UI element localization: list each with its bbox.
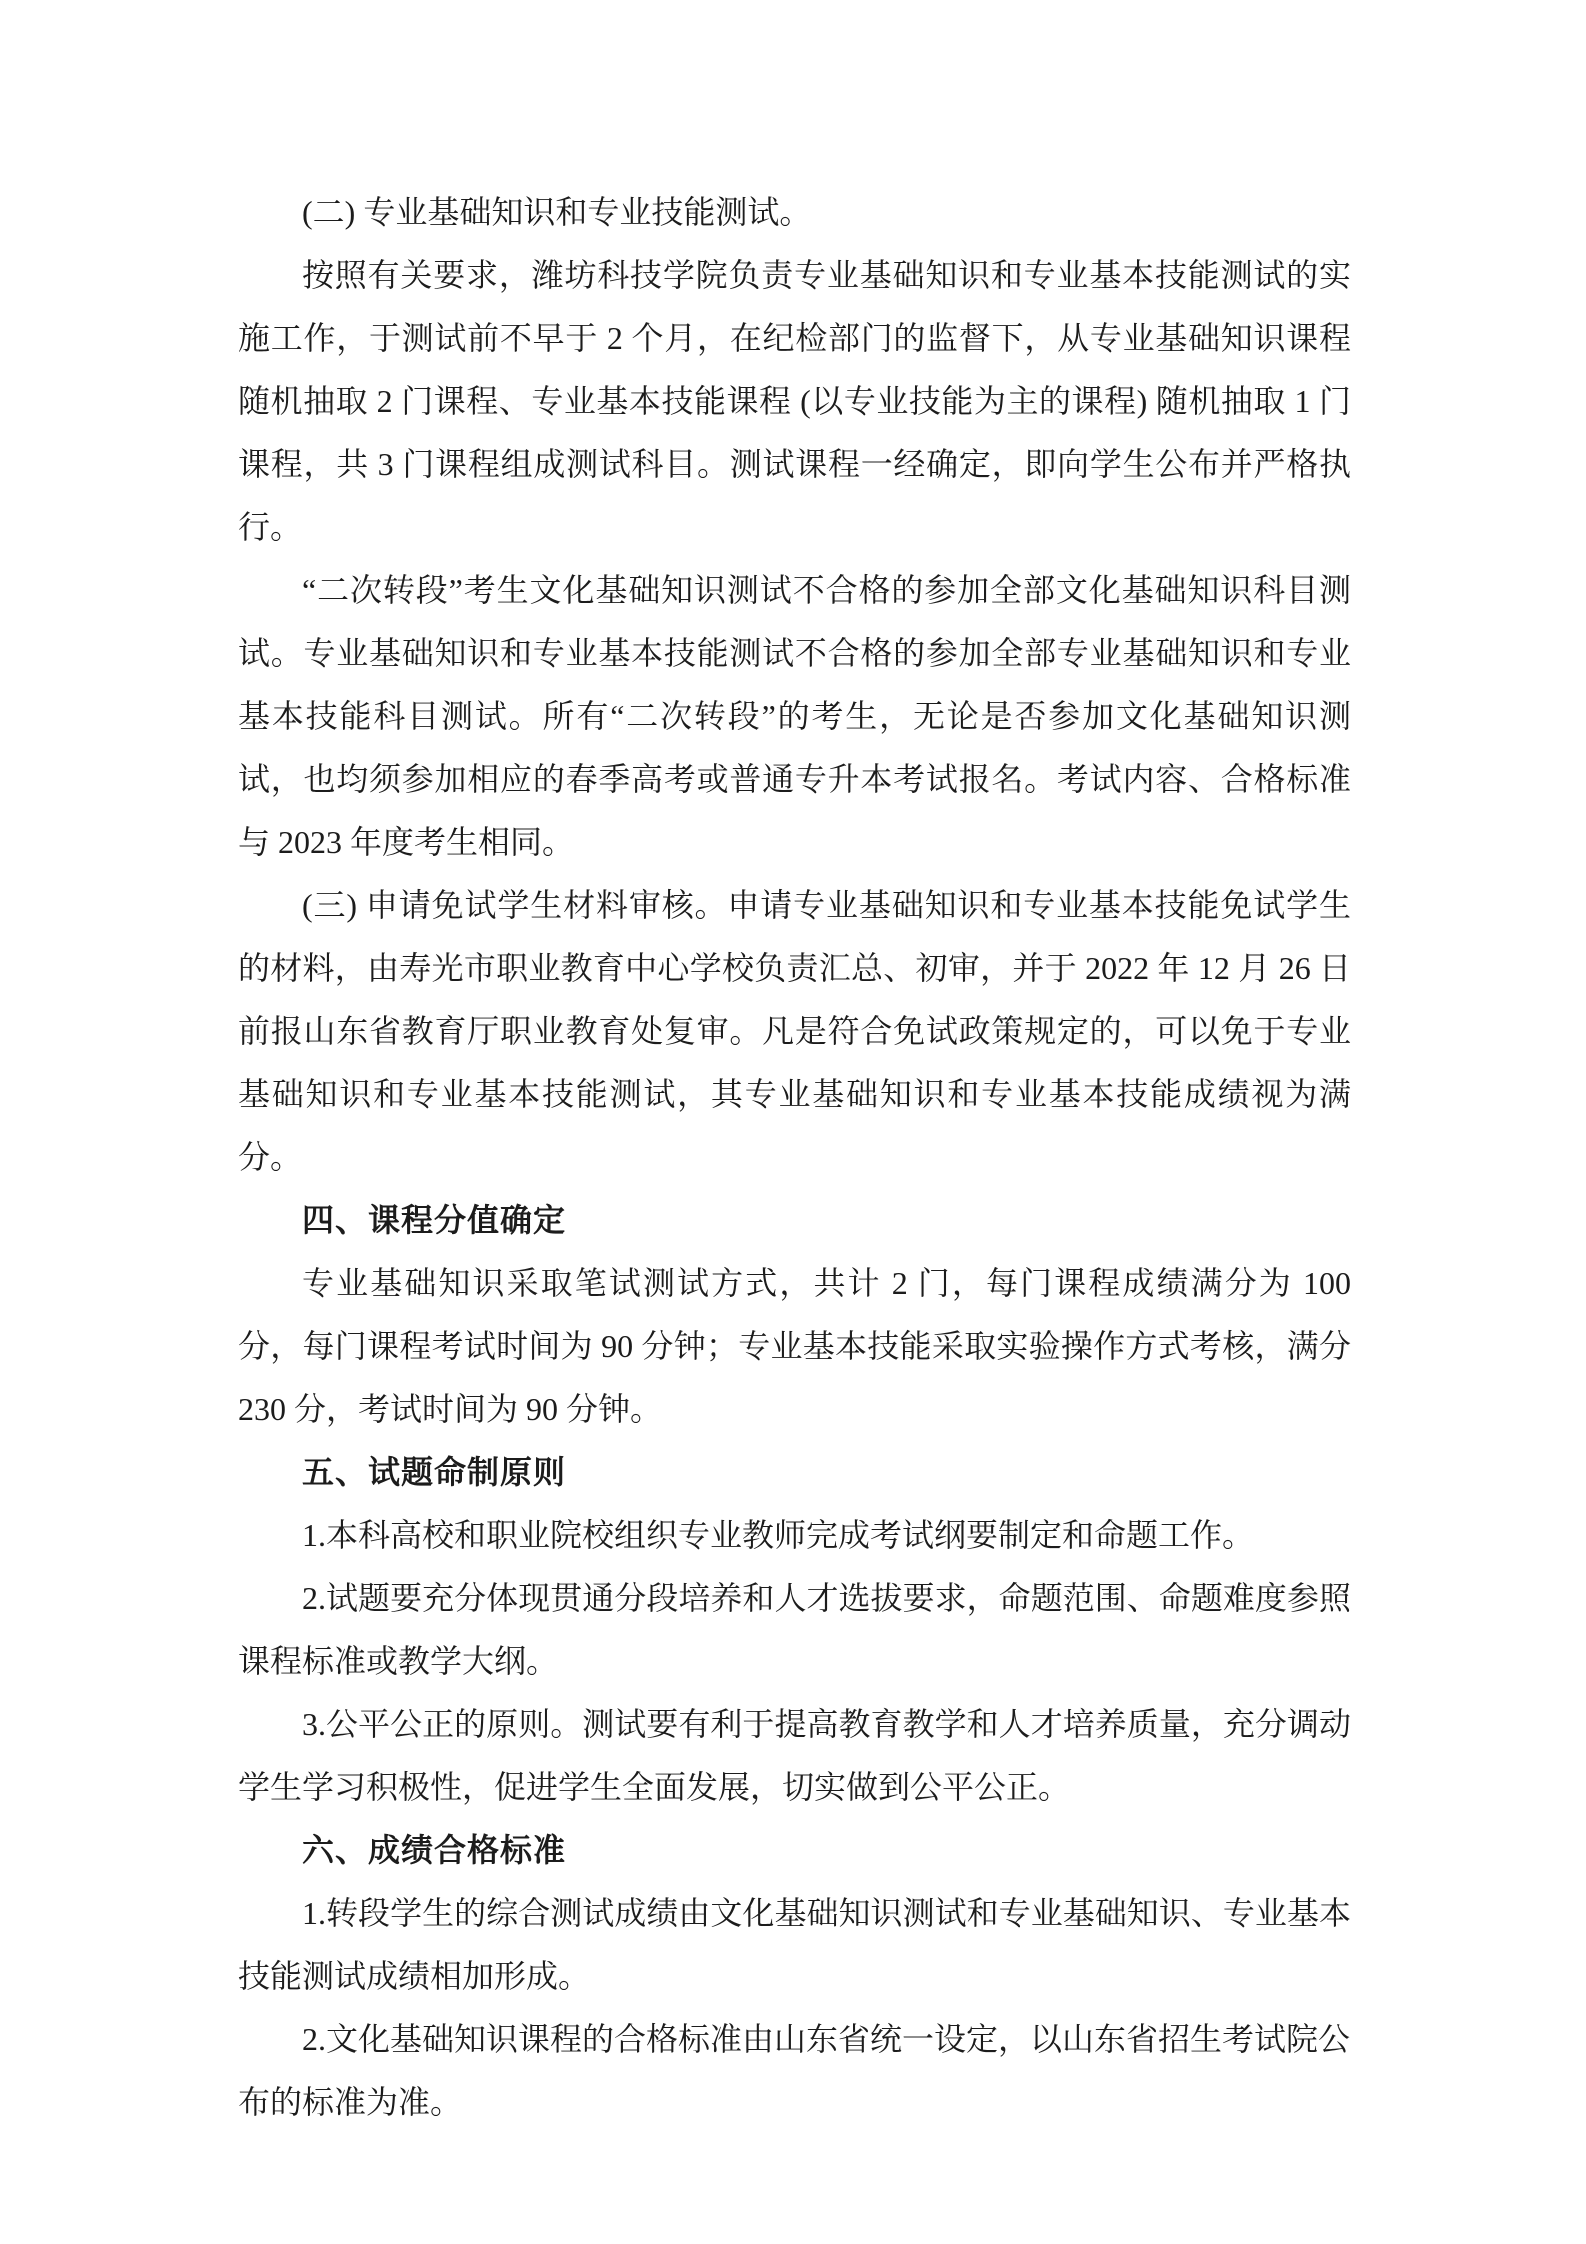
- section-heading-6-pass-standard: 六、成绩合格标准: [238, 1819, 1351, 1882]
- document-page: (二) 专业基础知识和专业技能测试。 按照有关要求，潍坊科技学院负责专业基础知识…: [0, 0, 1586, 2244]
- paragraph-subsection-3: (三) 申请免试学生材料审核。申请专业基础知识和专业基本技能免试学生的材料，由寿…: [238, 874, 1351, 1189]
- paragraph-second-transfer: “二次转段”考生文化基础知识测试不合格的参加全部文化基础知识科目测试。专业基础知…: [238, 559, 1351, 874]
- paragraph-principle-2: 2.试题要充分体现贯通分段培养和人才选拔要求，命题范围、命题难度参照课程标准或教…: [238, 1567, 1351, 1693]
- section-heading-5-question-principles: 五、试题命制原则: [238, 1441, 1351, 1504]
- paragraph-standard-1: 1.转段学生的综合测试成绩由文化基础知识测试和专业基础知识、专业基本技能测试成绩…: [238, 1882, 1351, 2008]
- paragraph-standard-2: 2.文化基础知识课程的合格标准由山东省统一设定，以山东省招生考试院公布的标准为准…: [238, 2008, 1351, 2134]
- paragraph-principle-1: 1.本科高校和职业院校组织专业教师完成考试纲要制定和命题工作。: [238, 1504, 1351, 1567]
- paragraph-subsection-2: (二) 专业基础知识和专业技能测试。: [238, 181, 1351, 244]
- section-heading-4-course-score: 四、课程分值确定: [238, 1189, 1351, 1252]
- paragraph-principle-3: 3.公平公正的原则。测试要有利于提高教育教学和人才培养质量，充分调动学生学习积极…: [238, 1693, 1351, 1819]
- paragraph-implementation: 按照有关要求，潍坊科技学院负责专业基础知识和专业基本技能测试的实施工作，于测试前…: [238, 244, 1351, 559]
- paragraph-score-details: 专业基础知识采取笔试测试方式，共计 2 门，每门课程成绩满分为 100 分，每门…: [238, 1252, 1351, 1441]
